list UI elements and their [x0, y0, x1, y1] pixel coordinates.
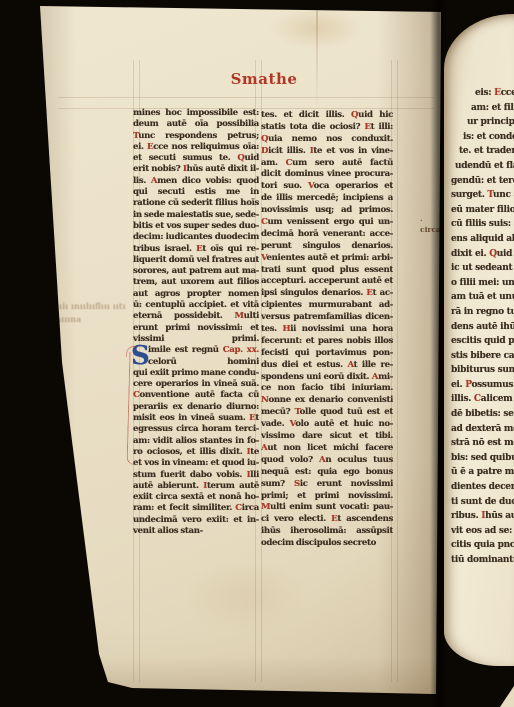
text-line: cipientes murmurabant ad- [261, 300, 393, 312]
rubricated-text: T [295, 407, 300, 417]
text-line: deum autē oīa possibilia sunt. [133, 119, 259, 130]
text-line: vissimo dare sicut et tibi. [261, 431, 393, 443]
rubricated-text: I [183, 164, 187, 174]
text-line: nequā est: quia ego bonus [261, 467, 393, 479]
rubricated-text: Q [261, 134, 268, 144]
rubricated-text: T [133, 131, 138, 141]
text-line: sum? Sic erunt novissimi [261, 479, 393, 491]
rubricated-text: V [308, 181, 314, 191]
text-line: ū: centuplū accipiet. et vitā [133, 300, 259, 311]
text-line: Quia nemo nos conduxit. [261, 134, 393, 146]
text-line: is: et condemna [451, 130, 514, 145]
text-line: ei. Possumus. [451, 378, 514, 393]
text-line: bibiturus sum? [451, 363, 514, 378]
text-line: novissimis usq; ad primos. [261, 205, 393, 217]
text-line: liquerit domū vel fratres aut [133, 255, 259, 266]
text-line: te. et tradent eū [451, 144, 514, 159]
rubricated-text: I [310, 146, 314, 156]
text-line: eternā possidebit. Multi autē [133, 311, 259, 322]
text-line: Venientes autē et primi: arbi- [261, 253, 393, 265]
text-line: dens autē ihūs [451, 320, 514, 335]
text-line: vissimi primi. [133, 334, 259, 345]
text-line: autē abierunt. Iterum autē [133, 481, 259, 492]
parchment-stain [186, 562, 306, 632]
text-line: vade. Volo autē et huic no- [261, 419, 393, 431]
rubricated-text: E [196, 244, 202, 254]
text-line: ei. Ecce nos reliquimus oīa: [133, 142, 259, 153]
text-line: rā in regno tuo. [451, 305, 514, 320]
text-line: ur principibus sa [451, 115, 514, 130]
rubricated-text: T [487, 190, 493, 200]
rubricated-text: E [147, 142, 153, 152]
text-line: dus diei et estus. At ille re- [261, 360, 393, 372]
text-line: eis: Ecce ascendi [451, 86, 514, 101]
text-line: am: et filius ho [451, 101, 514, 116]
text-line: tes. et dicit illis. Quid hic [261, 110, 393, 122]
text-line: tes. Hii novissimi una hora [261, 324, 393, 336]
facing-page-edge: eis: Ecce ascendiam: et filius hour prin… [444, 14, 514, 666]
rubricated-text: C [286, 158, 293, 168]
rubricated-text: N [261, 395, 269, 405]
rubricated-text: I [203, 481, 207, 491]
correction-mark: · [420, 216, 423, 225]
text-line: celorū homini patrifamilias: [133, 357, 259, 368]
text-line: stis bibere calicē [451, 349, 514, 364]
text-line: Tunc respondens petrus; dixit [133, 131, 259, 142]
text-line: undecimā vero exiit: et in- [133, 515, 259, 526]
facing-page-text-column: eis: Ecce ascendiam: et filius hour prin… [451, 86, 514, 568]
text-line: vit eos ad se: et [451, 524, 514, 539]
rubricated-text: V [290, 419, 296, 429]
rubricated-text: I [481, 511, 485, 521]
text-line: qui secuti estis me in regene- [133, 187, 259, 198]
text-line: ihūs iherosolimā: assūpsit du- [261, 526, 393, 538]
text-line: egressus circa horam terci- [133, 424, 259, 435]
rubricated-text: I [247, 470, 251, 480]
text-line: et vos in vineam: et quod iu- [133, 458, 259, 469]
text-line: de illis mercedē; incipiens a [261, 193, 393, 205]
rubricated-text: E [494, 88, 501, 98]
text-line: dientes decem: [451, 480, 514, 495]
text-line: am tuā et unus [451, 290, 514, 305]
text-line: strā nō est meū [451, 436, 514, 451]
text-line: bis: sed quibus [451, 451, 514, 466]
rubricated-text: E [249, 413, 255, 423]
text-line: citis quia pncipes [451, 538, 514, 553]
text-line: am: vidit alios stantes in fo- [133, 436, 259, 447]
text-line: cere operarios in vineā suā. [133, 379, 259, 390]
text-line: aut agros propter nomen me- [133, 289, 259, 300]
text-line: tiū dominantur [451, 553, 514, 568]
rubricated-text: P [465, 380, 471, 390]
rubricated-text: I [247, 447, 251, 457]
ruling-line [397, 60, 398, 682]
text-line: ens aliquid ab eo [451, 232, 514, 247]
text-line: primi; et primi novissimi. [261, 491, 393, 503]
text-line: decimā horā venerant: acce- [261, 229, 393, 241]
text-line: ce non facio tibi iniuriam. [261, 383, 393, 395]
rubricated-text: A [372, 372, 378, 382]
rubricated-text: A [319, 455, 325, 465]
text-line: Conventione autē facta cū o- [133, 390, 259, 401]
rubricated-text: A [261, 443, 267, 453]
text-line: erunt primi novissimi: et no- [133, 323, 259, 334]
text-line: dicit dominus vinee procura- [261, 169, 393, 181]
text-line: erit nobis? Ihūs autē dixit il- [133, 164, 259, 175]
text-line: mecū? Tolle quod tuū est et [261, 407, 393, 419]
text-line: ic ut sedeant hii [451, 261, 514, 276]
text-line: o filii mei: unus [451, 276, 514, 291]
text-line: perariis ex denario diurno: [133, 402, 259, 413]
text-line: accepturi. acceperunt autē et [261, 276, 393, 288]
text-line: illis. Calicem qd [451, 392, 514, 407]
text-line: udendū et flagel [451, 159, 514, 174]
text-line: fecisti qui portavimus pon- [261, 348, 393, 360]
text-line: misit eos in vineā suam. Et [133, 413, 259, 424]
rubricated-text: A [151, 176, 157, 186]
running-title: Smathe [135, 70, 393, 88]
text-line: cū filiis suis: ado [451, 217, 514, 232]
rubricated-text: S [294, 479, 300, 489]
margin-note-line: aııına [56, 313, 134, 326]
rubricated-text: C [261, 217, 268, 227]
text-line: Cum venissent ergo qui un- [261, 217, 393, 229]
rubricated-text: V [261, 253, 267, 263]
text-line: ribus. Ihūs autē [451, 509, 514, 524]
text-line: tribus israel. Et oīs qui re- [133, 244, 259, 255]
parchment-crease [316, 2, 318, 112]
text-column-a: mines hoc impossibile est: apuddeum autē… [133, 108, 259, 537]
page-corner-sliver [500, 686, 514, 707]
text-column-b: tes. et dicit illis. Quid hicstatis tota… [261, 110, 393, 550]
rubricated-text: C [474, 394, 481, 404]
text-line: qui exiit primo mane condu- [133, 368, 259, 379]
text-line: Aut non licet michi facere [261, 443, 393, 455]
rubricated-text: Q [351, 110, 358, 120]
text-line: ti sunt de duob; [451, 495, 514, 510]
text-line: surget. Tunc ac [451, 188, 514, 203]
rubricated-text: A [347, 360, 353, 370]
text-line: perunt singulos denarios. [261, 241, 393, 253]
text-line: stum fuerit dabo vobis. Illi [133, 470, 259, 481]
rubricated-text: Q [489, 249, 497, 259]
text-line: fecerunt: et pares nobis illos [261, 336, 393, 348]
text-line: exiit circa sextā et nonā ho- [133, 492, 259, 503]
text-line: sorores, aut patrem aut ma- [133, 266, 259, 277]
rubricated-text: E [364, 122, 370, 132]
text-line: trati sunt quod plus essent [261, 265, 393, 277]
text-line: ro ociosos, et illis dixit. Ite [133, 447, 259, 458]
text-line: ū ē a patre meo. [451, 465, 514, 480]
margin-showthrough-note: ııiı ınıılııflııı ııtı aııına [56, 300, 134, 326]
text-line: ci vero electi. Et ascendens [261, 514, 393, 526]
text-line: odecim discipulos secreto [261, 538, 393, 550]
text-line: lis. Amen dico vobis: quod vos [133, 176, 259, 187]
ruling-line [58, 97, 434, 98]
text-line: et secuti sumus te. Quid ergo [133, 153, 259, 164]
text-line: trem, aut uxorem aut filios [133, 277, 259, 288]
text-line: gendū: et tercia [451, 174, 514, 189]
text-line: quod volo? An oculus tuus [261, 455, 393, 467]
rubricated-text: M [234, 311, 243, 321]
text-line: in sede maiestatis sue, sede- [133, 210, 259, 221]
text-line: am. Cum sero autē factū esset; [261, 158, 393, 170]
text-line: ipsi singulos denarios. Et ac- [261, 288, 393, 300]
text-line: eū mater filior [451, 203, 514, 218]
text-line: decim: iudicantes duodecim [133, 232, 259, 243]
text-line: Nonne ex denario convenisti [261, 395, 393, 407]
text-line: escitis quid peta [451, 334, 514, 349]
manuscript-page: Smathe ııiı ınıılııflııı ııtı aııına min… [36, 2, 442, 698]
text-line: versus patremfamilias dicen- [261, 312, 393, 324]
text-line: bitis et vos super sedes duo- [133, 221, 259, 232]
text-line: mines hoc impossibile est: apud [133, 108, 259, 119]
rubricated-text: C [235, 503, 242, 513]
text-line: ad dexterā meā [451, 422, 514, 437]
text-line: dixit ei. Quid vis [451, 247, 514, 262]
text-line: venit alios stan- [133, 526, 259, 537]
rubricated-text: Cap. xx. [223, 345, 259, 355]
rubricated-text: Q [237, 153, 244, 163]
text-line: Dicit illis. Ite et vos in vine- [261, 146, 393, 158]
rubricated-text: H [282, 324, 290, 334]
text-line: tori suo. Voca operarios et red- [261, 181, 393, 193]
text-line: statis tota die ociosi? Et illi: [261, 122, 393, 134]
text-line: imile est regnū Cap. xx. [133, 345, 259, 356]
text-line: ram: et fecit similiter. Circa [133, 503, 259, 514]
rubricated-text: E [366, 288, 372, 298]
rubricated-text: M [261, 502, 270, 512]
initial-filigree-flourish [126, 346, 137, 357]
text-line: ratione cū sederit filius hoīs [133, 198, 259, 209]
text-line: Multi enim sunt vocati: pau- [261, 502, 393, 514]
rubricated-text: D [261, 146, 268, 156]
margin-note-line: ııiı ınıılııflııı ııtı [56, 300, 134, 313]
photo-background: Smathe ııiı ınıılııflııı ııtı aııına min… [0, 0, 514, 707]
text-line: spondens uni eorū dixit. Ami- [261, 372, 393, 384]
rubricated-text: E [331, 514, 337, 524]
text-line: dē bibetis: sede [451, 407, 514, 422]
